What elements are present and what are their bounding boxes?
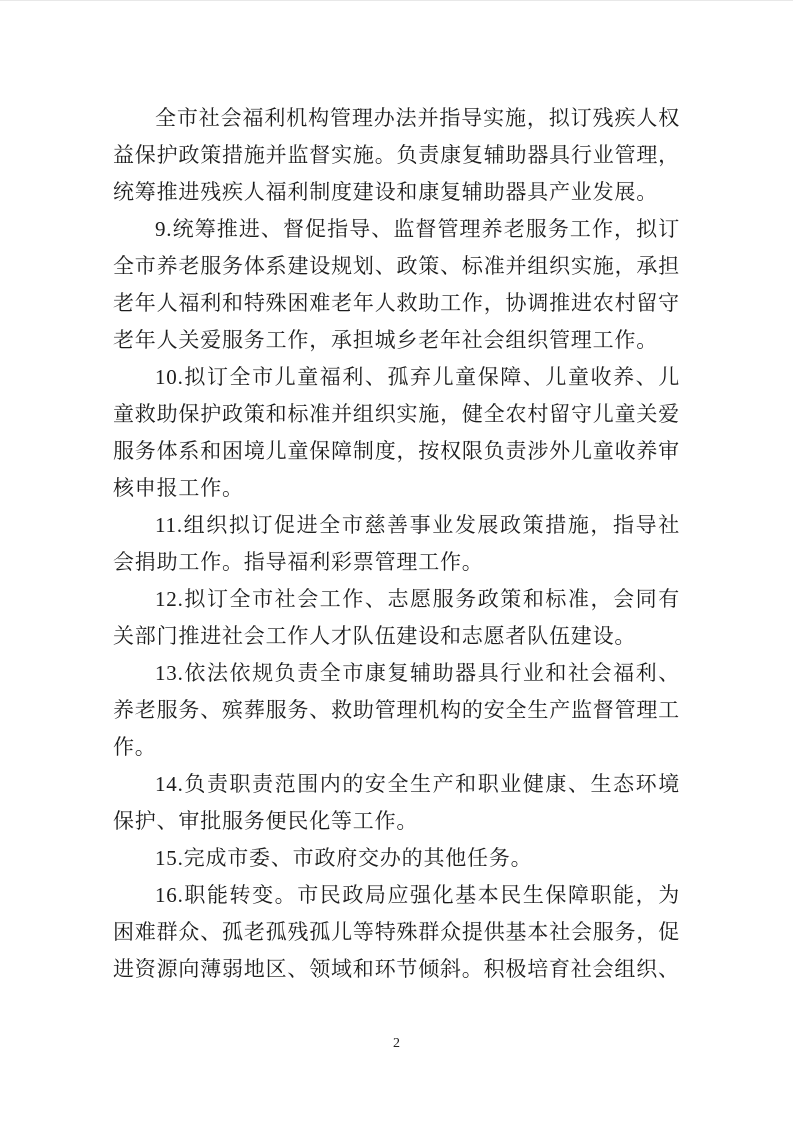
paragraph-10: 10.拟订全市儿童福利、孤弃儿童保障、儿童收养、儿童救助保护政策和标准并组织实施… [113,359,680,507]
paragraph-14: 14.负责职责范围内的安全生产和职业健康、生态环境保护、审批服务便民化等工作。 [113,766,680,840]
paragraph-15: 15.完成市委、市政府交办的其他任务。 [113,840,680,877]
paragraph-8-continuation: 全市社会福利机构管理办法并指导实施，拟订残疾人权益保护政策措施并监督实施。负责康… [113,100,680,211]
paragraph-16: 16.职能转变。市民政局应强化基本民生保障职能，为困难群众、孤老孤残孤儿等特殊群… [113,877,680,988]
paragraph-12: 12.拟订全市社会工作、志愿服务政策和标准，会同有关部门推进社会工作人才队伍建设… [113,581,680,655]
paragraph-11: 11.组织拟订促进全市慈善事业发展政策措施，指导社会捐助工作。指导福利彩票管理工… [113,507,680,581]
paragraph-13: 13.依法依规负责全市康复辅助器具行业和社会福利、养老服务、殡葬服务、救助管理机… [113,655,680,766]
paragraph-9: 9.统筹推进、督促指导、监督管理养老服务工作，拟订全市养老服务体系建设规划、政策… [113,211,680,359]
document-body: 全市社会福利机构管理办法并指导实施，拟订残疾人权益保护政策措施并监督实施。负责康… [113,100,680,988]
page-number: 2 [0,1036,793,1052]
document-page: 全市社会福利机构管理办法并指导实施，拟订残疾人权益保护政策措施并监督实施。负责康… [0,0,793,1122]
